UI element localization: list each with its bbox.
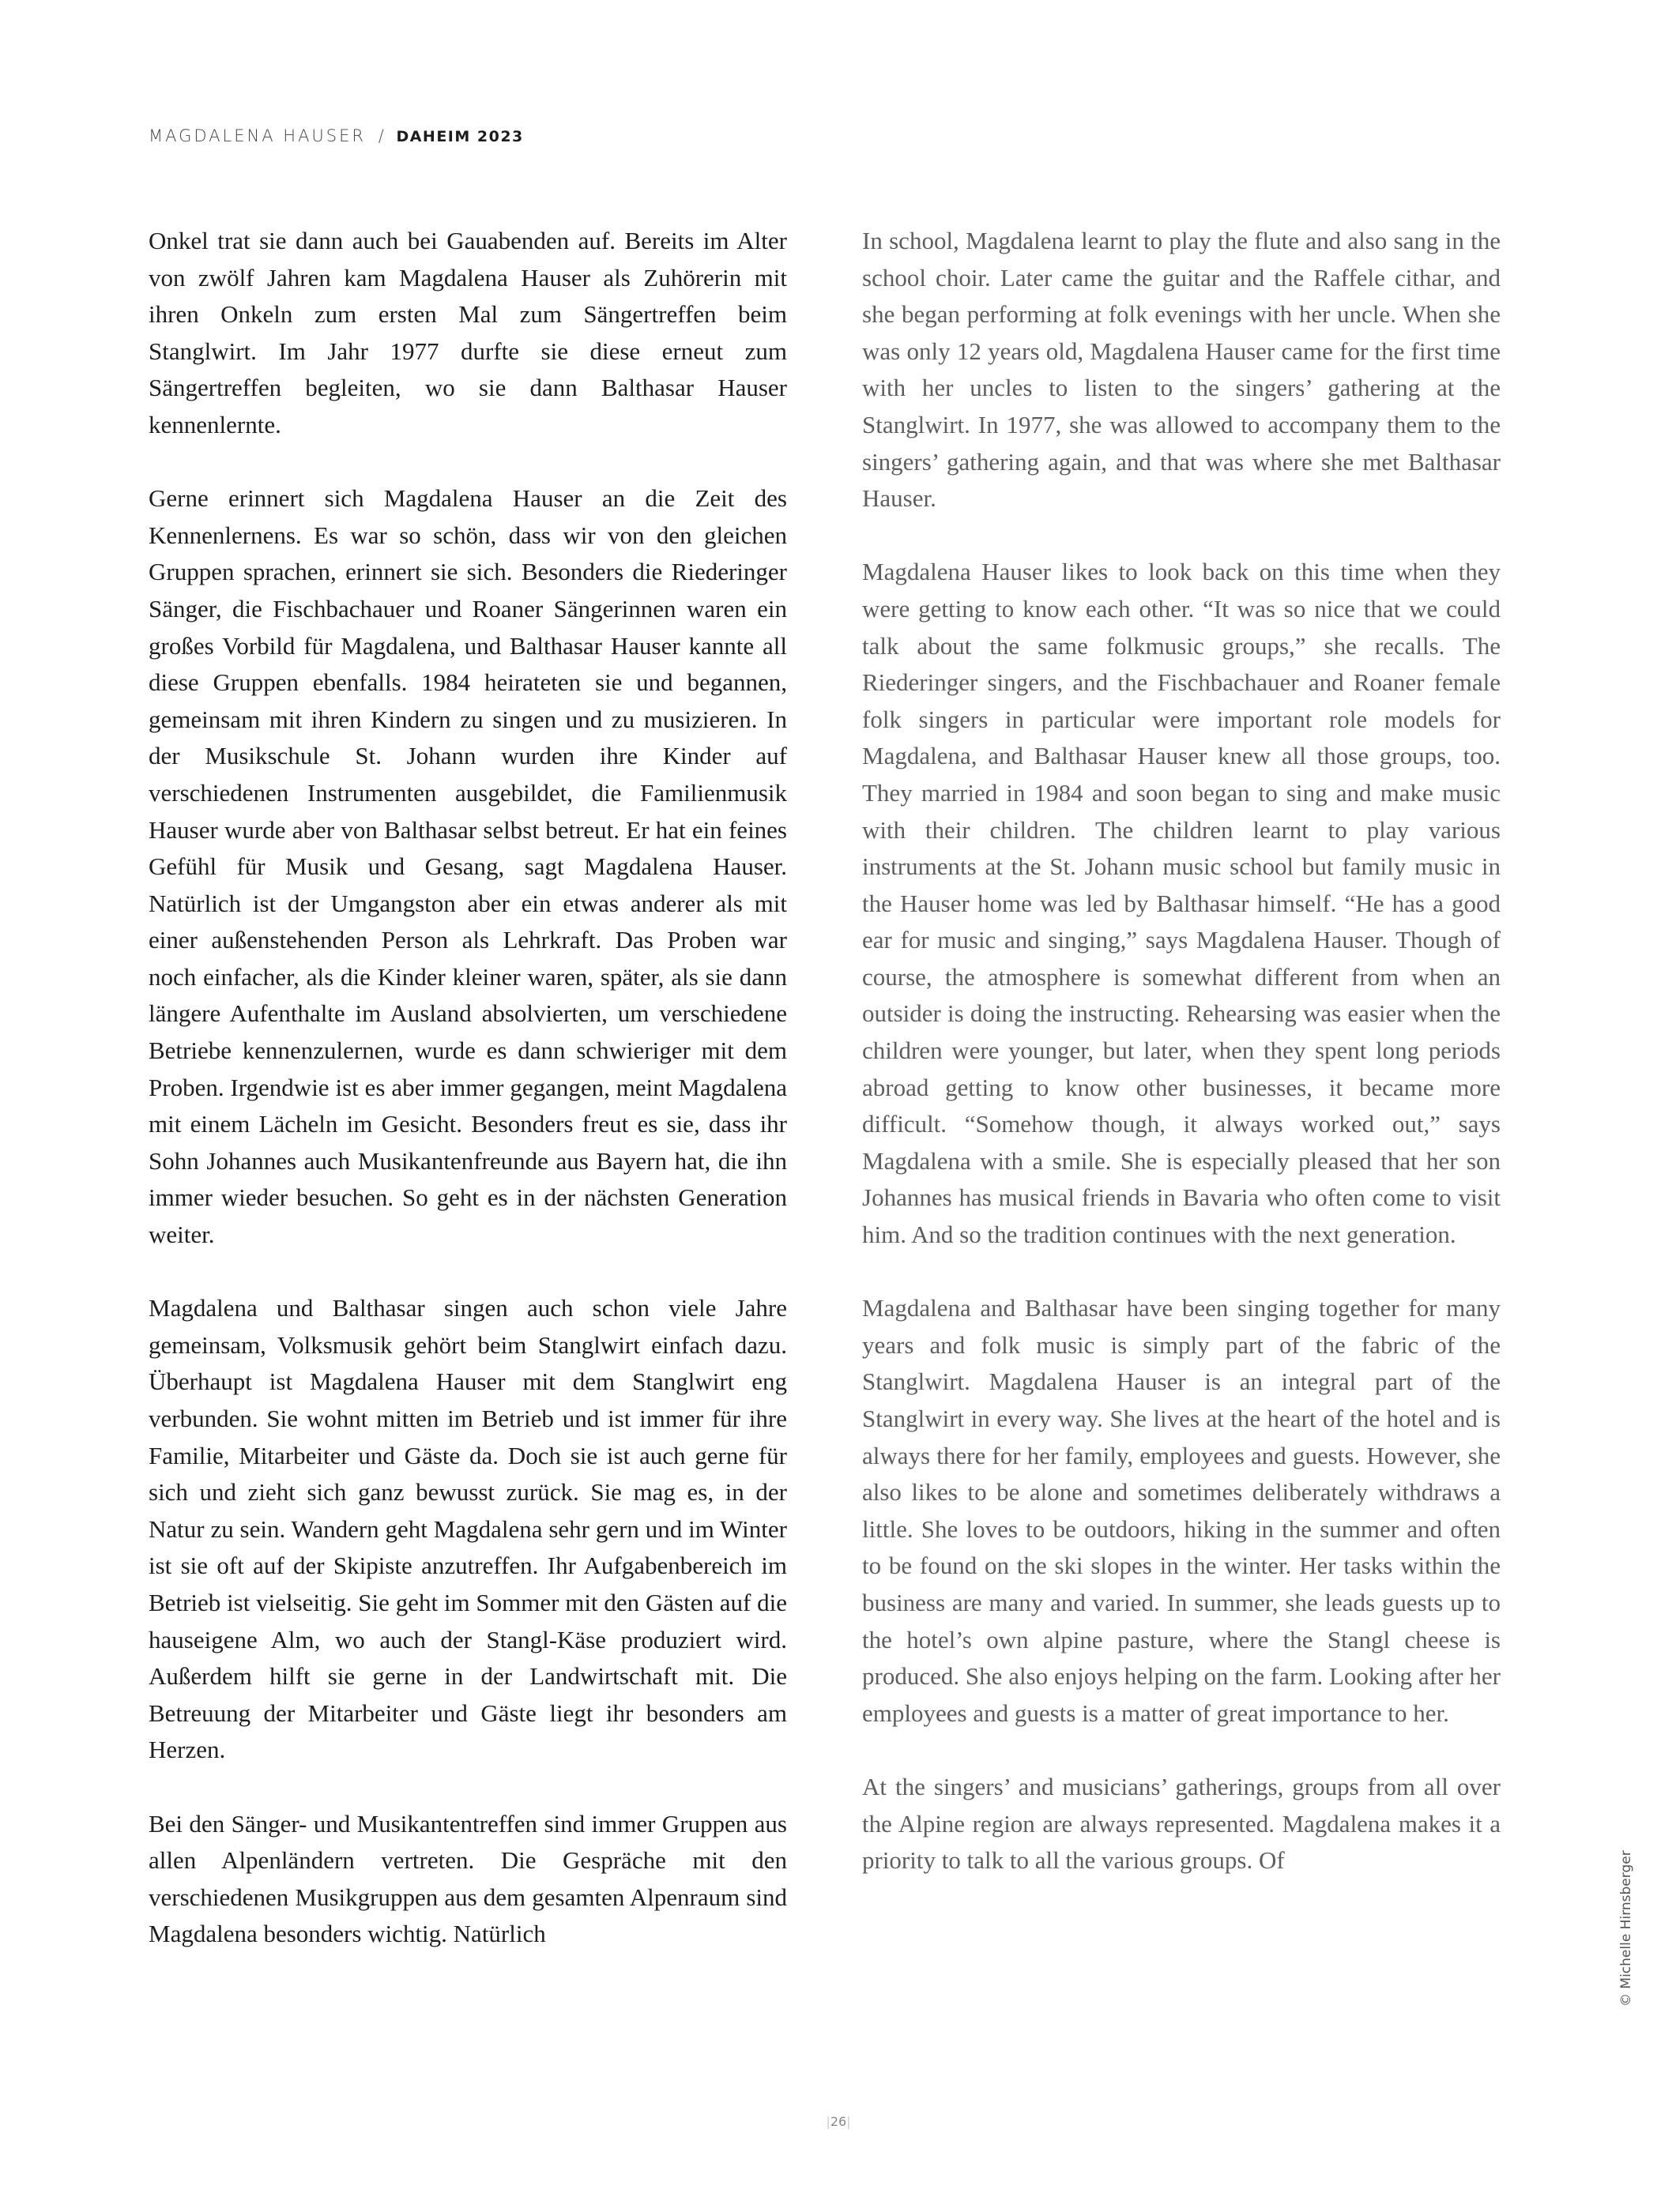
- german-paragraph-1: Onkel trat sie dann auch bei Gauabenden …: [149, 223, 787, 444]
- header-separator: /: [379, 126, 384, 145]
- german-paragraph-4: Bei den Sänger- und Musikantentreffen si…: [149, 1806, 787, 1953]
- english-paragraph-2: Magdalena Hauser likes to look back on t…: [862, 554, 1501, 1253]
- german-text-column: Onkel trat sie dann auch bei Gauabenden …: [149, 223, 787, 1990]
- running-header: MAGDALENA HAUSER / DAHEIM 2023: [149, 126, 524, 145]
- header-author: MAGDALENA HAUSER: [149, 126, 366, 145]
- english-paragraph-4: At the singers’ and musicians’ gathering…: [862, 1769, 1501, 1879]
- page-number: |26|: [811, 2114, 866, 2129]
- english-paragraph-3: Magdalena and Balthasar have been singin…: [862, 1290, 1501, 1732]
- german-paragraph-3: Magdalena und Balthasar singen auch scho…: [149, 1290, 787, 1769]
- page-number-right-bracket: |: [846, 2114, 850, 2129]
- german-paragraph-2: Gerne erinnert sich Magdalena Hauser an …: [149, 480, 787, 1253]
- english-paragraph-1: In school, Magdalena learnt to play the …: [862, 223, 1501, 517]
- english-text-column: In school, Magdalena learnt to play the …: [862, 223, 1501, 1916]
- page-number-value: 26: [830, 2114, 846, 2129]
- header-issue: DAHEIM 2023: [396, 128, 523, 145]
- photo-credit: © Michelle Hirnsberger: [1618, 1850, 1634, 2007]
